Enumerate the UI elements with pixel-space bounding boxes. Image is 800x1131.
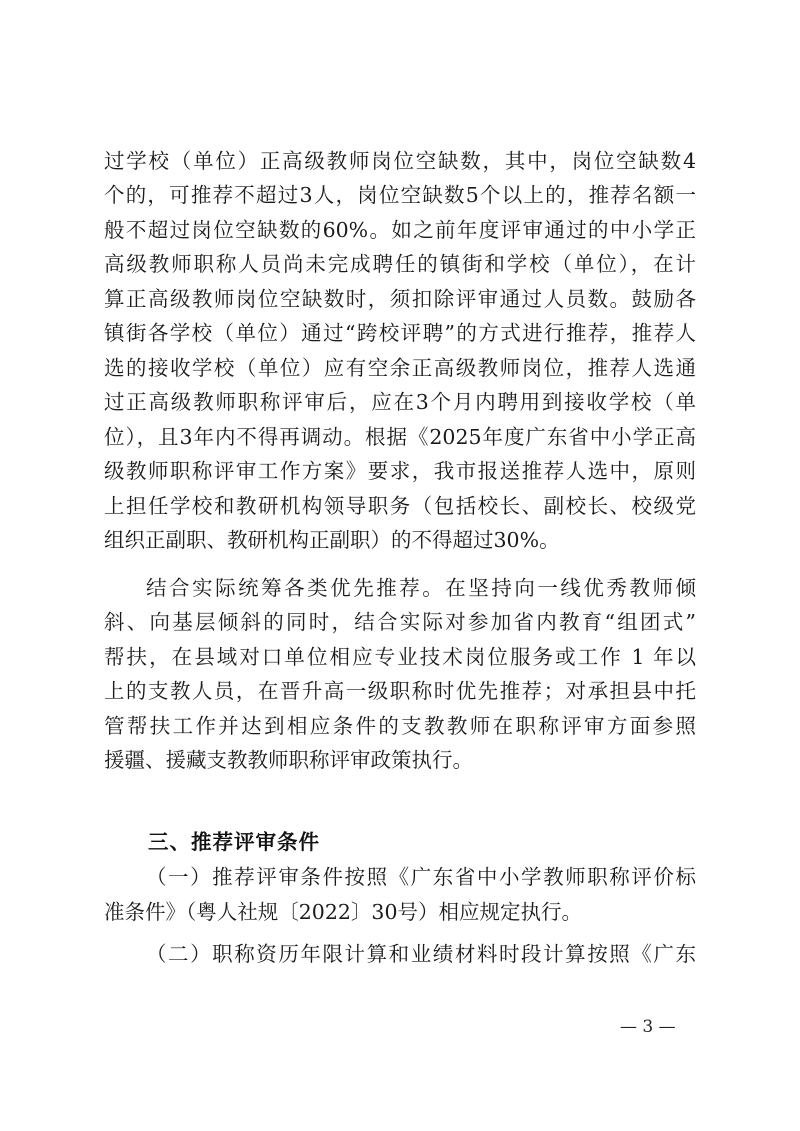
text-line: （一）推荐评审条件按照《广东省中小学教师职称评价标 — [146, 862, 696, 892]
text-line: 个的，可推荐不超过3人，岗位空缺数5个以上的，推荐名额一 — [104, 180, 696, 210]
text-line: 过学校（单位）正高级教师岗位空缺数，其中，岗位空缺数4 — [104, 146, 696, 176]
document-page: 过学校（单位）正高级教师岗位空缺数，其中，岗位空缺数4 个的，可推荐不超过3人，… — [0, 0, 800, 1131]
page-number: — 3 — — [620, 1015, 676, 1039]
text-line: 般不超过岗位空缺数的60%。如之前年度评审通过的中小学正 — [104, 215, 696, 245]
text-line: 选的接收学校（单位）应有空余正高级教师岗位，推荐人选通 — [104, 353, 696, 383]
text-line: 位），且3年内不得再调动。根据《2025年度广东省中小学正高 — [104, 422, 696, 452]
text-line: 算正高级教师岗位空缺数时，须扣除评审通过人员数。鼓励各 — [104, 284, 696, 314]
text-line: 管帮扶工作并达到相应条件的支教教师在职称评审方面参照 — [104, 711, 696, 741]
text-line: 组织正副职、教研机构正副职）的不得超过30%。 — [104, 525, 696, 555]
text-line: （二）职称资历年限计算和业绩材料时段计算按照《广东 — [146, 939, 696, 969]
text-line: 高级教师职称人员尚未完成聘任的镇街和学校（单位），在计 — [104, 249, 696, 279]
text-line: 结合实际统筹各类优先推荐。在坚持向一线优秀教师倾 — [146, 573, 696, 603]
text-line: 级教师职称评审工作方案》要求，我市报送推荐人选中，原则 — [104, 456, 696, 486]
text-line: 镇街各学校（单位）通过“跨校评聘”的方式进行推荐，推荐人 — [104, 318, 696, 348]
text-line: 斜、向基层倾斜的同时，结合实际对参加省内教育“组团式” — [104, 607, 696, 637]
text-line: 上担任学校和教研机构领导职务（包括校长、副校长、校级党 — [104, 491, 696, 521]
text-line: 准条件》（粤人社规〔2022〕30号）相应规定执行。 — [104, 897, 696, 927]
text-line: 过正高级教师职称评审后，应在3个月内聘用到接收学校（单 — [104, 387, 696, 417]
text-line: 援疆、援藏支教教师职称评审政策执行。 — [104, 745, 696, 775]
text-line: 帮扶，在县域对口单位相应专业技术岗位服务或工作 1 年以 — [104, 642, 696, 672]
text-line: 上的支教人员，在晋升高一级职称时优先推荐；对承担县中托 — [104, 676, 696, 706]
section-heading: 三、推荐评审条件 — [148, 827, 320, 857]
